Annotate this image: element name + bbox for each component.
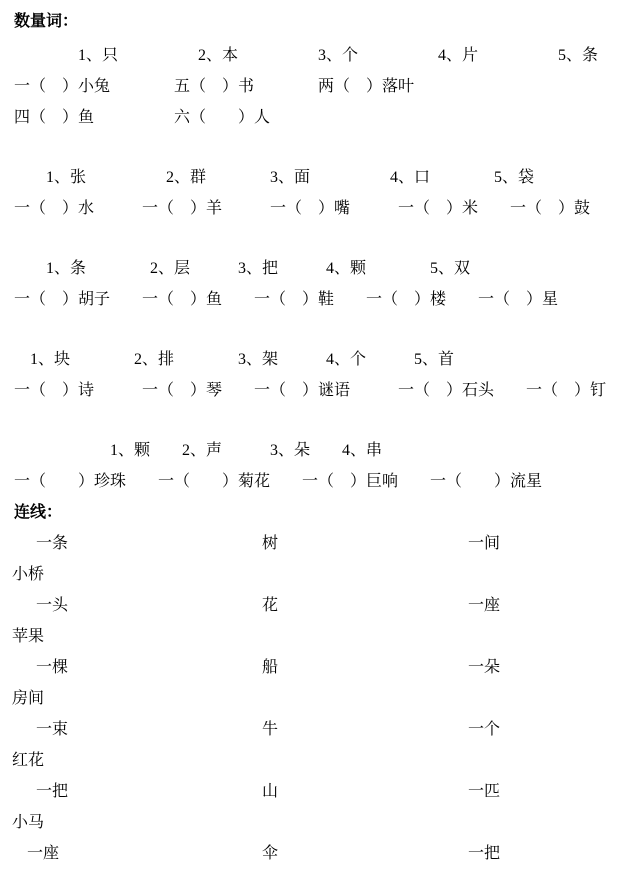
match-left-measure: 一把 xyxy=(12,776,262,807)
match-right-measure: 一把 xyxy=(468,838,621,869)
match-row-5: 一把 山 一匹 xyxy=(0,776,621,807)
match-noun: 树 xyxy=(262,528,468,559)
match-noun: 花 xyxy=(262,590,468,621)
section3-options-line: 1、条 2、层 3、把 4、颗 5、双 xyxy=(0,253,621,284)
worksheet-page: 数量词： 1、只 2、本 3、个 4、片 5、条 一（ ）小兔 五（ ）书 两（… xyxy=(0,0,621,869)
match-noun: 牛 xyxy=(262,714,468,745)
match-noun: 船 xyxy=(262,652,468,683)
match-left-measure: 一座 xyxy=(12,838,262,869)
match-wrap-noun-3: 房间 xyxy=(0,683,621,714)
match-row-4: 一束 牛 一个 xyxy=(0,714,621,745)
match-wrap-noun-2: 苹果 xyxy=(0,621,621,652)
match-noun: 山 xyxy=(262,776,468,807)
section1-options-line: 1、只 2、本 3、个 4、片 5、条 xyxy=(0,40,621,71)
match-left-measure: 一棵 xyxy=(12,652,262,683)
match-row-3: 一棵 船 一朵 xyxy=(0,652,621,683)
section5-options-line: 1、颗 2、声 3、朵 4、串 xyxy=(0,435,621,466)
measure-words-heading: 数量词： xyxy=(0,6,621,37)
match-row-6: 一座 伞 一把 xyxy=(0,838,621,869)
section2-blank-line-1: 一（ ）水 一（ ）羊 一（ ）嘴 一（ ）米 一（ ）鼓 xyxy=(0,193,621,224)
match-right-measure: 一朵 xyxy=(468,652,621,683)
section4-blank-line-1: 一（ ）诗 一（ ）琴 一（ ）谜语 一（ ）石头 一（ ）钉 xyxy=(0,375,621,406)
matching-section: 一条 树 一间 小桥 一头 花 一座 苹果 一棵 船 一朵 房间 一束 牛 一个… xyxy=(0,528,621,869)
section4-options-line: 1、块 2、排 3、架 4、个 5、首 xyxy=(0,344,621,375)
match-wrap-noun-5: 小马 xyxy=(0,807,621,838)
section1-blank-line-1: 一（ ）小兔 五（ ）书 两（ ）落叶 xyxy=(0,71,621,102)
section2-options-line: 1、张 2、群 3、面 4、口 5、袋 xyxy=(0,162,621,193)
match-left-measure: 一头 xyxy=(12,590,262,621)
matching-heading: 连线： xyxy=(0,497,621,528)
section5-blank-line-1: 一（ ）珍珠 一（ ）菊花 一（ ）巨响 一（ ）流星 xyxy=(0,466,621,497)
match-wrap-noun-4: 红花 xyxy=(0,745,621,776)
match-row-1: 一条 树 一间 xyxy=(0,528,621,559)
match-wrap-noun-1: 小桥 xyxy=(0,559,621,590)
match-right-measure: 一个 xyxy=(468,714,621,745)
match-right-measure: 一座 xyxy=(468,590,621,621)
match-left-measure: 一束 xyxy=(12,714,262,745)
section1-blank-line-2: 四（ ）鱼 六（ ）人 xyxy=(0,102,621,133)
section3-blank-line-1: 一（ ）胡子 一（ ）鱼 一（ ）鞋 一（ ）楼 一（ ）星 xyxy=(0,284,621,315)
match-row-2: 一头 花 一座 xyxy=(0,590,621,621)
match-left-measure: 一条 xyxy=(12,528,262,559)
match-right-measure: 一间 xyxy=(468,528,621,559)
match-noun: 伞 xyxy=(262,838,468,869)
match-right-measure: 一匹 xyxy=(468,776,621,807)
